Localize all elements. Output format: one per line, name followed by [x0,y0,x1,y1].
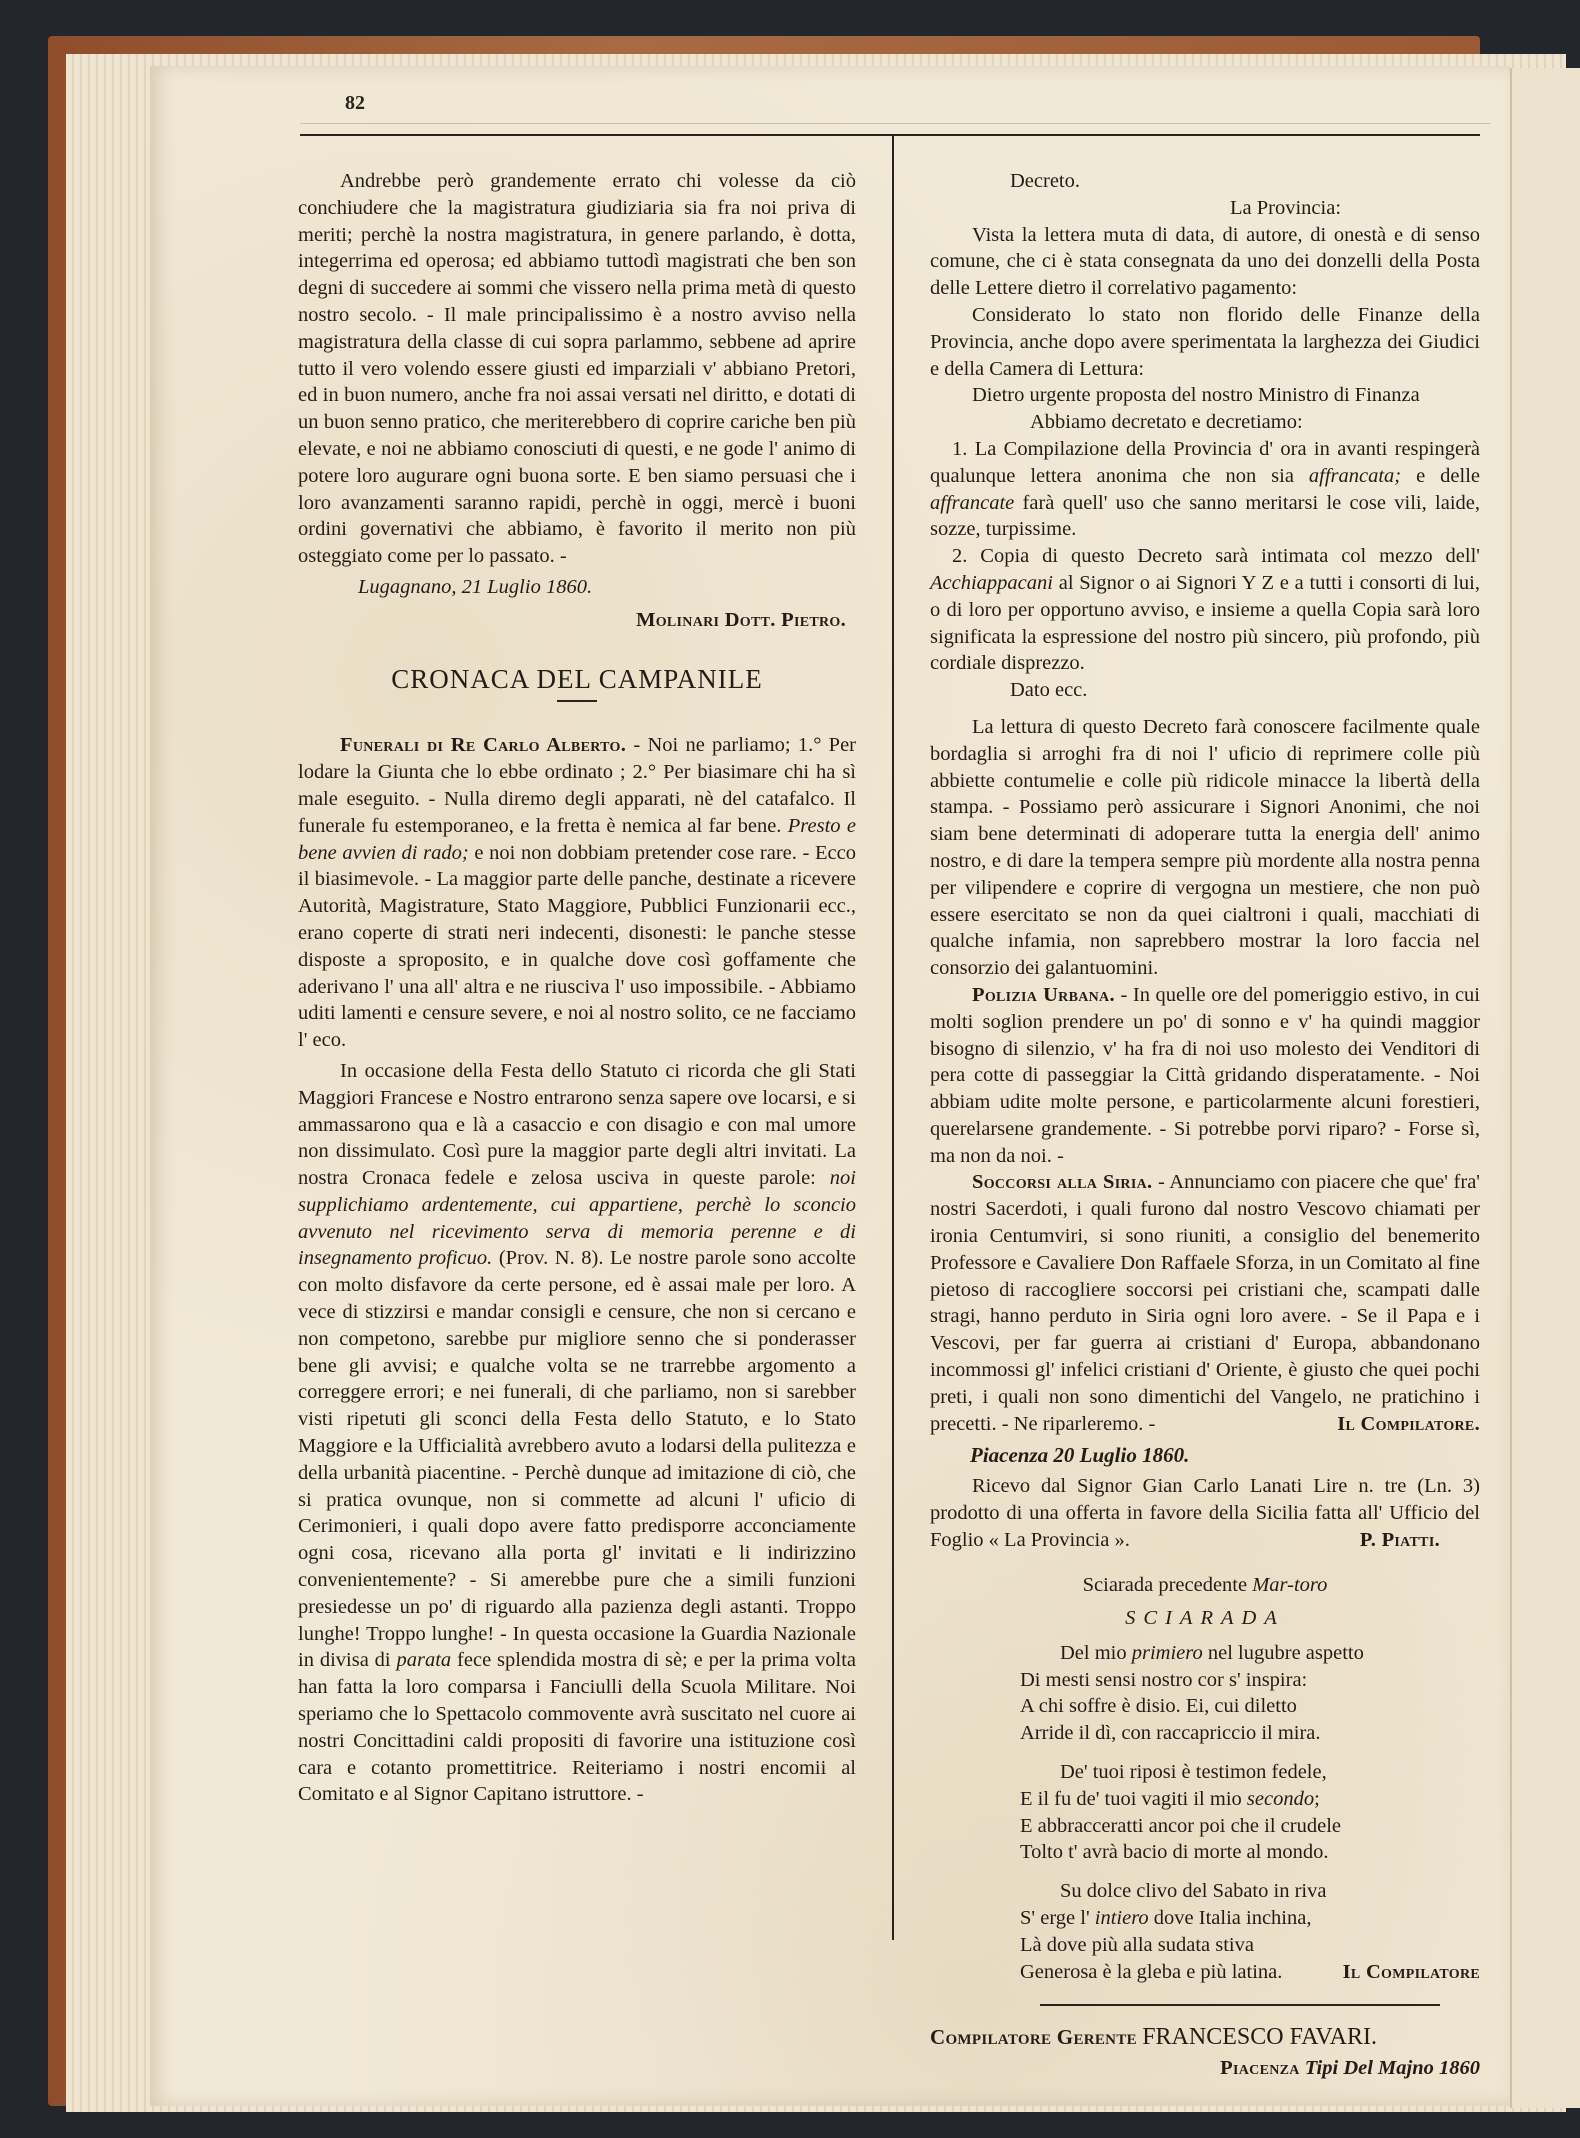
footer-rule [1040,2004,1440,2006]
left-column: Andrebbe però grandemente errato chi vol… [298,168,856,1808]
dateline-piacenza: Piacenza 20 Luglio 1860. [930,1442,1480,1469]
heading-funerali: Funerali di Re Carlo Alberto. [340,734,626,756]
right-column: Decreto. La Provincia: Vista la lettera … [930,168,1480,2082]
signature-molinari: Molinari Dott. Pietro. [298,607,856,634]
sciarada-title: SCIARADA [930,1605,1480,1632]
article-festa-statuto: In occasione della Festa dello Statuto c… [298,1058,856,1808]
header-rule [300,134,1480,136]
imprint-editor: Compilatore Gerente FRANCESCO FAVARI. [930,2024,1480,2051]
article-funerali: Funerali di Re Carlo Alberto. - Noi ne p… [298,732,856,1054]
heading-soccorsi: Soccorsi alla Siria. [972,1171,1152,1193]
decree-dietro: Dietro urgente proposta del nostro Minis… [930,382,1480,409]
imprint-printer: Piacenza Tipi Del Majno 1860 [930,2055,1480,2082]
article-polizia-urbana: Polizia Urbana. - In quelle ore del pome… [930,982,1480,1170]
heading-polizia: Polizia Urbana. [972,984,1115,1006]
decree-considerato: Considerato lo stato non florido delle F… [930,302,1480,382]
dateline-lugagnano: Lugagnano, 21 Luglio 1860. [298,574,856,601]
article-pretori-conclusion: Andrebbe però grandemente errato chi vol… [298,168,856,570]
decree-dato: Dato ecc. [930,677,1480,704]
book-scan: 82 Andrebbe però grandemente errato chi … [0,0,1580,2138]
decree-issuer: La Provincia: [930,195,1480,222]
sciarada-stanza-1: Del mio primiero nel lugubre aspetto Di … [930,1640,1480,1747]
sciarada-stanza-2: De' tuoi riposi è testimon fedele, E il … [930,1759,1480,1866]
decree-article-1: 1. La Compilazione della Provincia d' or… [930,436,1480,543]
previous-sciarada: Sciarada precedente Mar-toro [930,1572,1480,1599]
section-title: CRONACA DEL CAMPANILE [298,666,856,693]
article-soccorsi-siria: Soccorsi alla Siria. - Annunciamo con pi… [930,1169,1480,1437]
decree-title: Decreto. [930,168,1480,195]
article-lettura-decreto: La lettura di questo Decreto farà conosc… [930,714,1480,982]
page-number: 82 [345,92,365,115]
decree-abbiamo: Abbiamo decretato e decretiamo: [930,409,1480,436]
column-divider [892,135,894,1940]
title-rule [557,700,597,702]
decree-article-2: 2. Copia di questo Decreto sarà intimata… [930,543,1480,677]
decree-vista: Vista la lettera muta di data, di autore… [930,222,1480,302]
header-rule-faint [300,123,1490,124]
next-page-edge [1510,68,1580,2108]
